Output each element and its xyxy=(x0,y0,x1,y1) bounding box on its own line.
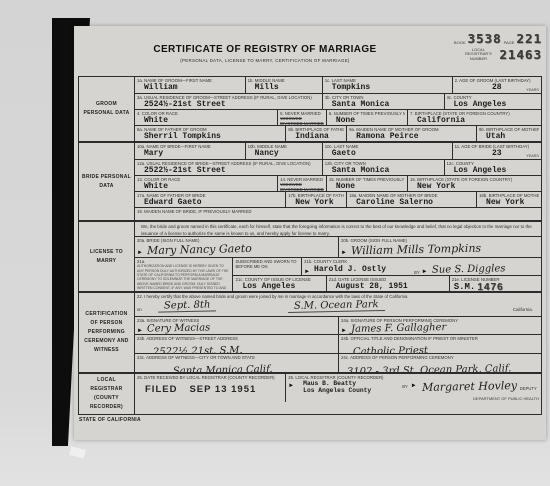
field-24b-label: 24b. OFFICIAL TITLE AND DENOMINATION IF … xyxy=(341,336,539,341)
field-21e: 21e. LICENSE NUMBER S.M. 1476 xyxy=(449,276,541,292)
field-23c-label: 23c. ADDRESS OF WITNESS—CITY OR TOWN AND… xyxy=(137,355,336,360)
field-1b: 1b. MIDDLE NAME Mills xyxy=(245,77,322,93)
page-label: PAGE xyxy=(504,41,515,46)
groom-father-birthplace-value: Indiana xyxy=(288,132,344,141)
groom-mother-name-value: Ramona Peirce xyxy=(349,132,474,141)
bride-section: BRIDE PERSONAL DATA 10a. NAME OF BRIDE—F… xyxy=(79,141,541,220)
field-14-options: WIDOWED DIVORCED MARRIED ANNULLED xyxy=(280,182,324,191)
license-section-label: LICENSE TO MARRY xyxy=(79,222,135,291)
field-18b: 18b. BIRTHPLACE OF MOTHER (STATE OR FORE… xyxy=(476,192,541,207)
groom-father-name-value: Sherril Tompkins xyxy=(137,132,283,141)
signature-arrow-icon: ► xyxy=(137,250,143,256)
license-number-value: 1476 xyxy=(477,282,503,292)
field-15: 15. NUMBER OF TIMES PREVIOUSLY MARRIED (… xyxy=(326,176,407,191)
sworn-label: SUBSCRIBED AND SWORN TO BEFORE ME ON xyxy=(235,259,299,270)
license-statement: We, the bride and groom named in this ce… xyxy=(137,223,539,236)
bride-street-address-value: 2522½-21st Street xyxy=(137,166,320,175)
filed-stamp-word: FILED xyxy=(145,384,177,395)
signature-arrow-icon: ► xyxy=(137,328,143,334)
bride-mother-name-value: Caroline Salerno xyxy=(349,198,474,207)
bride-middle-name-value: Nancy xyxy=(248,149,320,159)
deputy-registrar-signature: Margaret Hovley xyxy=(422,379,517,394)
local-registrar-number: 21463 xyxy=(499,47,542,62)
certificate-form: GROOM PERSONAL DATA 1a. NAME OF GROOM—FI… xyxy=(78,76,542,415)
bride-father-name-value: Edward Gaeto xyxy=(137,198,283,207)
bride-last-name-value: Gaeto xyxy=(325,149,450,159)
field-10c: 10c. LAST NAME Gaeto xyxy=(322,143,452,159)
field-22-label: 22. I hereby certify that the above name… xyxy=(137,294,539,299)
field-3a: 3a. USUAL RESIDENCE OF GROOM—STREET ADDR… xyxy=(135,94,322,109)
license-section: LICENSE TO MARRY We, the bride and groom… xyxy=(79,220,541,291)
registrar-section-label: LOCAL REGISTRAR (COUNTY RECORDER) xyxy=(79,374,135,414)
field-21a: 21a. AUTHORIZATION AND LICENSE IS HEREBY… xyxy=(135,258,232,291)
field-10b: 10b. MIDDLE NAME Nancy xyxy=(245,143,322,159)
book-number: 3538 xyxy=(467,31,501,46)
certificate-subtitle: (PERSONAL DATA, LICENSE TO MARRY, CERTIF… xyxy=(116,58,414,63)
certificate-paper: CERTIFICATE OF REGISTRY OF MARRIAGE (PER… xyxy=(74,26,546,440)
field-17a: 17a. NAME OF FATHER OF BRIDE Edward Gaet… xyxy=(135,192,285,207)
groom-middle-name-value: Mills xyxy=(248,83,320,93)
page-number: 221 xyxy=(516,31,542,46)
certification-section-label: CERTIFICATION OF PERSON PERFORMING CEREM… xyxy=(79,293,135,372)
witness-street-address-handwritten: 2522½ 21st. S.M. xyxy=(147,345,249,353)
field-11: 11. AGE OF BRIDE (LAST BIRTHDAY) 23 YEAR… xyxy=(452,143,541,159)
groom-county-value: Los Angeles xyxy=(447,100,539,109)
department-of-public-health-label: DEPARTMENT OF PUBLIC HEALTH xyxy=(473,396,539,401)
bride-father-birthplace-value: New York xyxy=(288,198,344,207)
registrar-by-label: BY xyxy=(402,384,408,389)
field-26: 26. LOCAL REGISTRAR (COUNTY RECORDER) ► … xyxy=(285,374,541,402)
field-24c: 24c. ADDRESS OF PERSON PERFORMING CEREMO… xyxy=(338,354,541,372)
field-19: 19. MAIDEN NAME OF BRIDE, IF PREVIOUSLY … xyxy=(135,208,541,220)
groom-city-value: Santa Monica xyxy=(325,100,442,109)
officiant-signature: James F. Gallagher xyxy=(351,322,446,334)
groom-first-name-value: William xyxy=(137,83,243,93)
license-number-prefix: S.M. xyxy=(452,282,476,292)
field-7: 7. BIRTHPLACE (STATE OR FOREIGN COUNTRY)… xyxy=(407,110,541,125)
groom-mother-birthplace-value: Utah xyxy=(479,132,539,141)
field-21a-authorization-text: AUTHORIZATION AND LICENSE IS HEREBY GIVE… xyxy=(137,264,230,291)
registrar-section: LOCAL REGISTRAR (COUNTY RECORDER) 25. DA… xyxy=(79,372,541,414)
paper-corner-mark xyxy=(69,446,86,458)
signature-arrow-icon: ► xyxy=(288,383,294,389)
groom-last-name-value: Tompkins xyxy=(325,83,450,93)
filed-stamp-date: SEP 13 1951 xyxy=(189,384,256,395)
field-8a: 8a. NAME OF FATHER OF GROOM Sherril Tomp… xyxy=(135,126,285,141)
groom-age-years-label: YEARS xyxy=(526,88,539,92)
field-23b-label: 23b. ADDRESS OF WITNESS—STREET ADDRESS xyxy=(137,336,336,341)
field-22-on-label: on xyxy=(137,307,142,312)
ceremony-place-handwritten: S.M. Ocean Park xyxy=(288,299,385,313)
field-18a: Caroline Salerno 18a. MAIDEN NAME OF MOT… xyxy=(346,192,476,207)
field-2: 2. AGE OF GROOM (LAST BIRTHDAY) 28 YEARS xyxy=(452,77,541,93)
groom-times-married-value: None xyxy=(329,116,405,125)
scanned-document-photo: CERTIFICATE OF REGISTRY OF MARRIAGE (PER… xyxy=(0,0,550,486)
officiant-address-handwritten: 3102 - 3rd St. Ocean Park, Calif. xyxy=(341,363,518,372)
field-12a: 12a. USUAL RESIDENCE OF BRIDE—STREET ADD… xyxy=(135,160,322,175)
field-1c: 1c. LAST NAME Tompkins xyxy=(322,77,452,93)
field-4: 4. COLOR OR RACE White xyxy=(135,110,277,125)
bride-county-value: Los Angeles xyxy=(447,166,539,175)
license-date-value: August 28, 1951 xyxy=(329,282,447,292)
book-label: BOOK xyxy=(454,41,466,46)
groom-birthplace-value: California xyxy=(410,116,539,125)
field-23a: 23a. SIGNATURE OF WITNESS ► Cery Macias xyxy=(135,317,338,334)
license-statement-cell: We, the bride and groom named in this ce… xyxy=(135,222,541,236)
by-label: BY xyxy=(414,270,420,275)
signature-arrow-icon: ► xyxy=(304,269,310,275)
groom-street-address-value: 2524½-21st Street xyxy=(137,100,320,109)
certificate-title: CERTIFICATE OF REGISTRY OF MARRIAGE xyxy=(116,44,414,55)
bride-section-label: BRIDE PERSONAL DATA xyxy=(79,143,135,220)
signature-arrow-icon: ► xyxy=(341,328,347,334)
book-page-stamp: BOOK 3538 PAGE 221 LOCAL REGISTRAR'S NUM… xyxy=(414,31,542,62)
field-20b: 20b. GROOM (SIGN FULL NAME) ► William Mi… xyxy=(338,237,541,257)
field-19-label: 19. MAIDEN NAME OF BRIDE, IF PREVIOUSLY … xyxy=(137,209,539,214)
field-14: 14. NEVER MARRIED WIDOWED DIVORCED MARRI… xyxy=(277,176,326,191)
signature-arrow-icon: ► xyxy=(422,269,428,275)
state-of-california-label: STATE OF CALIFORNIA xyxy=(79,417,544,423)
field-6: 6. NUMBER OF TIMES PREVIOUSLY MARRIED (E… xyxy=(326,110,407,125)
field-12b: 12b. CITY OR TOWN Santa Monica xyxy=(322,160,444,175)
field-12c: 12c. COUNTY Los Angeles xyxy=(444,160,541,175)
witness-signature: Cery Macias xyxy=(147,322,210,334)
license-clerk-column: SUBSCRIBED AND SWORN TO BEFORE ME ON 21b… xyxy=(232,258,541,291)
certificate-header: CERTIFICATE OF REGISTRY OF MARRIAGE (PER… xyxy=(76,26,544,76)
filed-stamp: FILED SEP 13 1951 xyxy=(137,380,283,395)
county-clerk-name: Harold J. Ostly xyxy=(314,265,386,275)
field-21b: 21b. COUNTY CLERK ► Harold J. Ostly BY ►… xyxy=(301,258,541,275)
signature-arrow-icon: ► xyxy=(341,250,347,256)
field-22: 22. I hereby certify that the above name… xyxy=(135,293,541,316)
bride-birthplace-value: New York xyxy=(410,182,539,191)
field-23b: 23b. ADDRESS OF WITNESS—STREET ADDRESS 2… xyxy=(135,335,338,353)
field-17b: 17b. BIRTHPLACE OF FATHER (STATE OR FORE… xyxy=(285,192,346,207)
groom-race-value: White xyxy=(137,116,275,125)
deputy-label: DEPUTY xyxy=(520,386,537,391)
bride-city-value: Santa Monica xyxy=(325,166,442,175)
bride-times-married-value: None xyxy=(329,182,405,191)
field-25: 25. DATE RECEIVED BY LOCAL REGISTRAR (CO… xyxy=(135,374,285,402)
deputy-clerk-signature: Sue S. Diggles xyxy=(432,263,506,275)
groom-signature: William Mills Tompkins xyxy=(351,242,481,257)
field-3b: 3b. CITY OR TOWN Santa Monica xyxy=(322,94,444,109)
field-25-label: 25. DATE RECEIVED BY LOCAL REGISTRAR (CO… xyxy=(137,375,283,380)
witness-city-state-handwritten: Santa Monica Calif. xyxy=(167,364,279,372)
registrar-county: Los Angeles County xyxy=(299,387,371,394)
bride-mother-birthplace-value: New York xyxy=(479,198,539,207)
field-24b: 24b. OFFICIAL TITLE AND DENOMINATION IF … xyxy=(338,335,541,353)
bride-signature: Mary Nancy Gaeto xyxy=(147,242,252,257)
field-5-options: WIDOWED DIVORCED MARRIED ANNULLED xyxy=(280,116,324,125)
field-13: 13. COLOR OR RACE White xyxy=(135,176,277,191)
bride-first-name-value: Mary xyxy=(137,149,243,159)
field-9b: 9b. BIRTHPLACE OF MOTHER (STATE OR FOREI… xyxy=(476,126,541,141)
groom-section-label: GROOM PERSONAL DATA xyxy=(79,77,135,141)
field-8b: 8b. BIRTHPLACE OF FATHER (STATE OR FOREI… xyxy=(285,126,346,141)
field-10a: 10a. NAME OF BRIDE—FIRST NAME Mary xyxy=(135,143,245,159)
field-3c: 3c. COUNTY Los Angeles xyxy=(444,94,541,109)
certification-section: CERTIFICATION OF PERSON PERFORMING CEREM… xyxy=(79,291,541,372)
bride-age-years-label: YEARS xyxy=(526,154,539,158)
field-22-state-label: California. xyxy=(513,307,539,312)
field-21c: 21c. COUNTY OF ISSUE OF LICENSE Los Ange… xyxy=(233,276,325,292)
field-23c: 23c. ADDRESS OF WITNESS—CITY OR TOWN AND… xyxy=(135,354,338,372)
ceremony-date-handwritten: Sept. 8th xyxy=(158,300,217,313)
groom-section: GROOM PERSONAL DATA 1a. NAME OF GROOM—FI… xyxy=(79,77,541,141)
registrar-name: Maus B. Beatty xyxy=(299,380,371,387)
local-registrar-number-label: LOCAL REGISTRAR'S NUMBER xyxy=(459,48,497,62)
signature-arrow-icon: ► xyxy=(411,383,417,389)
field-16: 16. BIRTHPLACE (STATE OR FOREIGN COUNTRY… xyxy=(407,176,541,191)
license-county-value: Los Angeles xyxy=(235,282,323,292)
field-20a: 20a. BRIDE (SIGN FULL NAME) ► Mary Nancy… xyxy=(135,237,338,257)
field-21d: 21d. DATE LICENSE ISSUED August 28, 1951 xyxy=(326,276,449,292)
field-5: 5. NEVER MARRIED WIDOWED DIVORCED MARRIE… xyxy=(277,110,326,125)
field-1a: 1a. NAME OF GROOM—FIRST NAME William xyxy=(135,77,245,93)
field-9a: 9a. MAIDEN NAME OF MOTHER OF GROOM Ramon… xyxy=(346,126,476,141)
field-24a: 24a. SIGNATURE OF PERSON PERFORMING CERE… xyxy=(338,317,541,334)
sworn-cell: SUBSCRIBED AND SWORN TO BEFORE ME ON xyxy=(233,258,301,275)
field-24c-label: 24c. ADDRESS OF PERSON PERFORMING CEREMO… xyxy=(341,355,539,360)
bride-race-value: White xyxy=(137,182,275,191)
officiant-title-handwritten: Catholic Priest xyxy=(347,345,434,353)
